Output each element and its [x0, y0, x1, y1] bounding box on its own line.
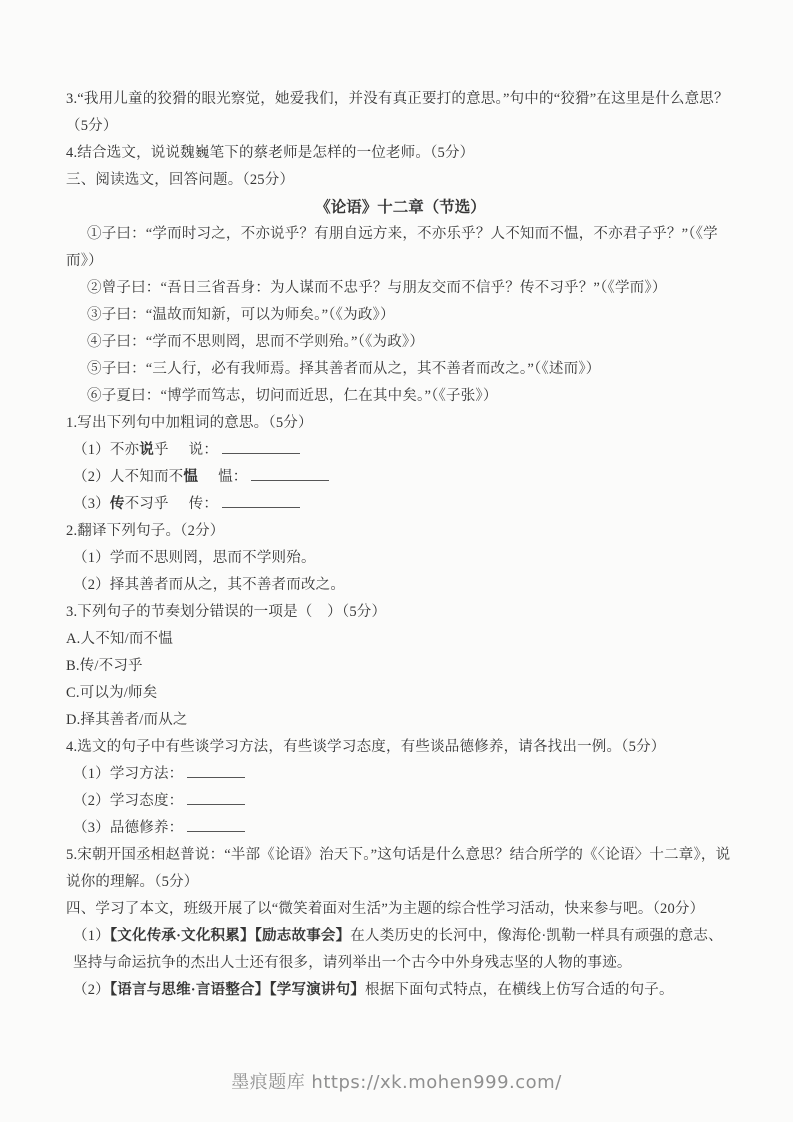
q1-item-3-number: （3）	[73, 496, 110, 512]
q1-item-1-answer-blank	[222, 440, 300, 454]
section-4-item-2-text: 根据下面句式特点，在横线上仿写合适的句子。	[365, 982, 674, 998]
q5-text: 5.宋朝开国丞相赵普说：“半部《论语》治天下。”这句话是什么意思？结合所学的《〈…	[66, 842, 735, 896]
passage-paragraph-2: ②曾子曰：“吾日三省吾身：为人谋而不忠乎？与朋友交而不信乎？传不习乎？”（《学而…	[66, 275, 735, 302]
q1-item-1-bold-word: 说	[139, 442, 154, 458]
q1-item-2-bold-word: 愠	[183, 469, 198, 485]
passage-title: 《论语》十二章（节选）	[66, 194, 735, 221]
q1-item-1-answer-label: 说：	[189, 442, 218, 458]
q2-stem: 2.翻译下列句子。（2分）	[66, 518, 735, 545]
q4-stem: 4.选文的句子中有些谈学习方法，有些谈学习态度，有些谈品德修养，请各找出一例。（…	[66, 734, 735, 761]
q2-item-1: （1）学而不思则罔，思而不学则殆。	[66, 545, 735, 572]
q4-item-2-label: （2）学习态度：	[73, 793, 183, 809]
exam-page: 3.“我用儿童的狡猾的眼光察觉，她爱我们，并没有真正要打的意思。”句中的“狡猾”…	[0, 0, 793, 1122]
passage-paragraph-6: ⑥子夏曰：“博学而笃志，切问而近思，仁在其中矣。”（《子张》）	[66, 383, 735, 410]
passage-paragraph-5: ⑤子曰：“三人行，必有我师焉。择其善者而从之，其不善者而改之。”（《述而》）	[66, 356, 735, 383]
q3-option-c: C.可以为/师矣	[66, 680, 735, 707]
q3-stem: 3.下列句子的节奏划分错误的一项是（ ）（5分）	[66, 599, 735, 626]
section-4-item-2-number: （2）	[73, 982, 110, 998]
section-4-item-1-number: （1）	[73, 928, 110, 944]
q4-item-1-answer-blank	[187, 764, 245, 778]
q1-stem: 1.写出下列句中加粗词的意思。（5分）	[66, 410, 735, 437]
q4-item-3-label: （3）品德修养：	[73, 820, 183, 836]
section-4-item-1-tags: 【文化传承·文化积累】【励志故事会】	[110, 928, 350, 944]
section-4-header: 四、学习了本文，班级开展了以“微笑着面对生活”为主题的综合性学习活动，快来参与吧…	[66, 896, 735, 923]
q4-item-3-answer-blank	[187, 818, 245, 832]
q4-item-3: （3）品德修养：	[66, 815, 735, 842]
passage-paragraph-4: ④子曰：“学而不思则罔，思而不学则殆。”（《为政》）	[66, 329, 735, 356]
q2-item-2: （2）择其善者而从之，其不善者而改之。	[66, 572, 735, 599]
q1-item-2-answer-label: 愠：	[218, 469, 247, 485]
q1-item-2: （2）人不知而不愠愠：	[66, 464, 735, 491]
q1-item-3: （3）传不习乎传：	[66, 491, 735, 518]
question-4-text: 4.结合选文，说说魏巍笔下的蔡老师是怎样的一位老师。（5分）	[66, 140, 735, 167]
section-4-item-2: （2）【语言与思维·言语整合】【学写演讲句】根据下面句式特点，在横线上仿写合适的…	[66, 977, 735, 1004]
footer-watermark: 墨痕题库 https://xk.mohen999.com/	[0, 1068, 793, 1094]
section-3-header: 三、阅读选文，回答问题。（25分）	[66, 167, 735, 194]
q3-option-a: A.人不知/而不愠	[66, 626, 735, 653]
q1-item-3-bold-word: 传	[110, 496, 125, 512]
q1-item-1-phrase-pre: 不亦	[110, 442, 139, 458]
section-4-item-1: （1）【文化传承·文化积累】【励志故事会】在人类历史的长河中，像海伦·凯勒一样具…	[66, 923, 735, 977]
question-3-text: 3.“我用儿童的狡猾的眼光察觉，她爱我们，并没有真正要打的意思。”句中的“狡猾”…	[66, 86, 735, 140]
q3-option-b: B.传/不习乎	[66, 653, 735, 680]
passage-paragraph-3: ③子曰：“温故而知新，可以为师矣。”（《为政》）	[66, 302, 735, 329]
q1-item-3-answer-label: 传：	[189, 496, 218, 512]
q1-item-2-answer-blank	[251, 467, 329, 481]
q1-item-3-phrase-post: 不习乎	[125, 496, 169, 512]
section-4-item-2-tags: 【语言与思维·言语整合】【学写演讲句】	[110, 982, 365, 998]
q4-item-2-answer-blank	[187, 791, 245, 805]
q1-item-2-phrase-pre: 人不知而不	[110, 469, 184, 485]
q1-item-1: （1）不亦说乎说：	[66, 437, 735, 464]
q1-item-3-answer-blank	[222, 494, 300, 508]
q1-item-1-phrase-post: 乎	[154, 442, 169, 458]
q4-item-1-label: （1）学习方法：	[73, 766, 183, 782]
q4-item-2: （2）学习态度：	[66, 788, 735, 815]
q1-item-2-number: （2）	[73, 469, 110, 485]
q1-item-1-number: （1）	[73, 442, 110, 458]
q4-item-1: （1）学习方法：	[66, 761, 735, 788]
q3-option-d: D.择其善者/而从之	[66, 707, 735, 734]
passage-paragraph-1: ①子曰：“学而时习之，不亦说乎？有朋自远方来，不亦乐乎？人不知而不愠，不亦君子乎…	[66, 221, 735, 275]
